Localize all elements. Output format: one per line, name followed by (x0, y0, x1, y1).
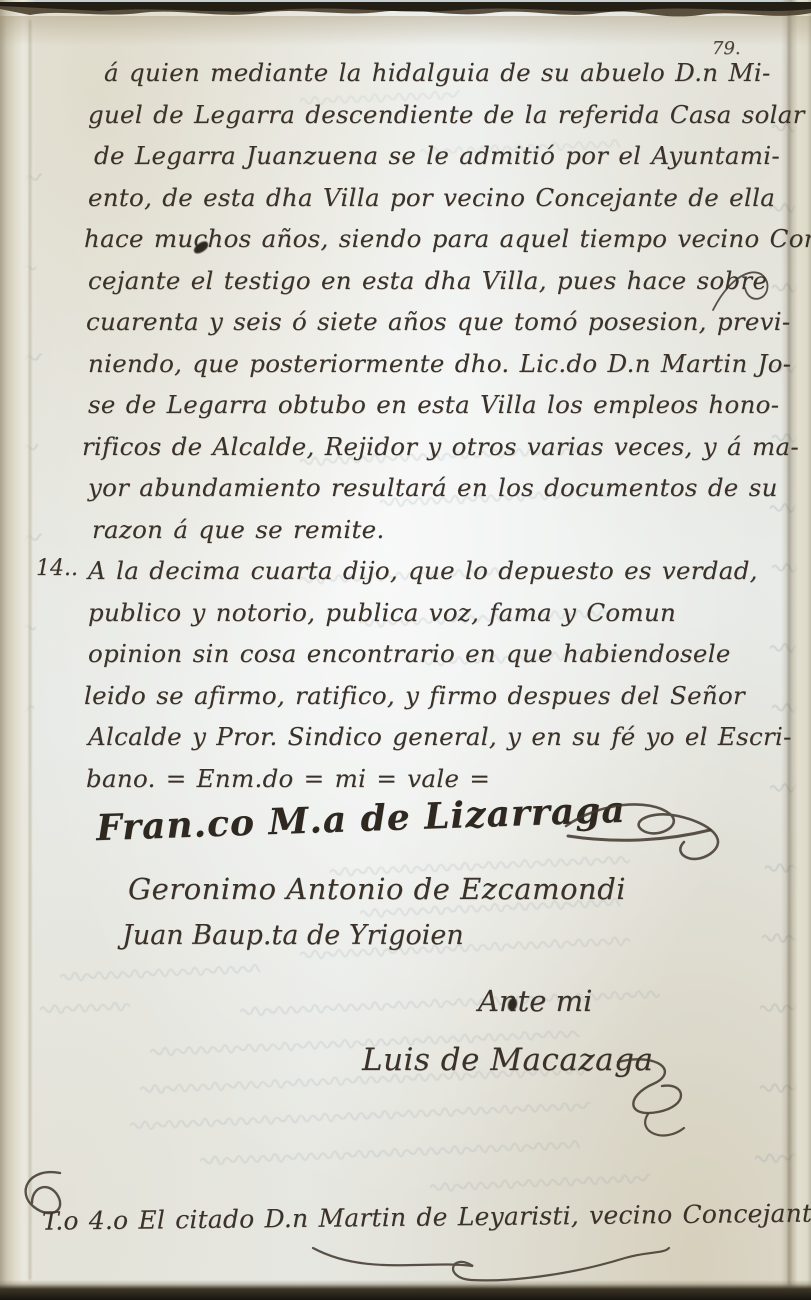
bleedthrough-squiggle (40, 998, 131, 1022)
manuscript-line: á quien mediante la hidalguia de su abue… (104, 52, 788, 94)
manuscript-body: á quien mediante la hidalguia de su abue… (88, 52, 788, 799)
left-fold-crease (29, 20, 31, 1280)
manuscript-line: yor abundamiento resultará en los docume… (88, 467, 788, 509)
line-end-flourish-icon (705, 258, 775, 318)
manuscript-line: se de Legarra obtubo en esta Villa los e… (88, 384, 788, 426)
manuscript-line: niendo, que posteriormente dho. Lic.do D… (88, 343, 788, 385)
manuscript-line: cejante el testigo en esta dha Villa, pu… (88, 260, 788, 302)
manuscript-line: de Legarra Juanzuena se le admitió por e… (94, 135, 788, 177)
scanned-manuscript-page: 79. á quien mediante la hidalguia de su … (0, 0, 811, 1300)
manuscript-line: publico y notorio, publica voz, fama y C… (88, 592, 788, 634)
manuscript-line: ento, de esta dha Villa por vecino Conce… (88, 177, 788, 219)
manuscript-line: Alcalde y Pror. Sindico general, y en su… (88, 716, 788, 758)
margin-flourish-icon (10, 1165, 74, 1243)
margin-paragraph-number: 14.. (36, 556, 78, 581)
notary-rubric-icon (598, 1052, 698, 1147)
manuscript-line: hace muchos años, siendo para aquel tiem… (84, 218, 788, 260)
signature-rubric-icon (560, 792, 740, 872)
signature-yrigoien: Juan Baup.ta de Yrigoien (122, 920, 464, 951)
manuscript-line: cuarenta y seis ó siete años que tomó po… (86, 301, 788, 343)
ante-mi-label: Ante mi (478, 984, 592, 1018)
deckle-shadow (0, 16, 811, 46)
manuscript-line: razon á que se remite. (92, 509, 788, 551)
manuscript-line: guel de Legarra descendiente de la refer… (88, 94, 788, 136)
manuscript-line: leido se afirmo, ratifico, y firmo despu… (84, 675, 788, 717)
signature-ezcamondi: Geronimo Antonio de Ezcamondi (128, 872, 626, 906)
manuscript-line: opinion sin cosa encontrario en que habi… (88, 633, 788, 675)
manuscript-line: rificos de Alcalde, Rejidor y otros vari… (82, 426, 788, 468)
right-fold-crease (788, 10, 790, 1286)
manuscript-line: A la decima cuarta dijo, que lo depuesto… (88, 550, 788, 592)
footer-flourish-icon (305, 1240, 675, 1298)
